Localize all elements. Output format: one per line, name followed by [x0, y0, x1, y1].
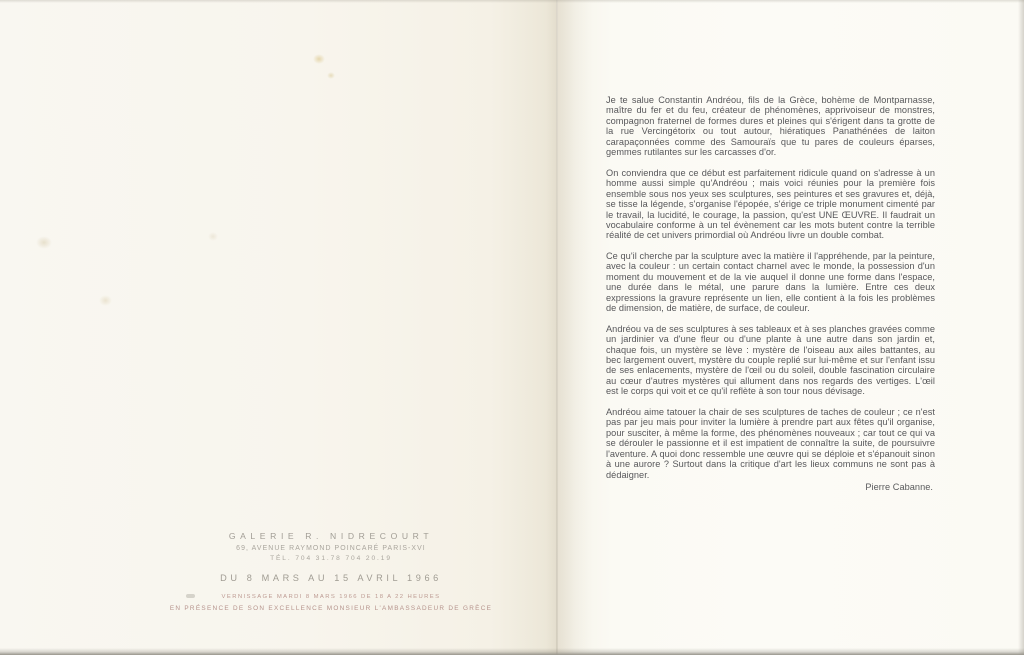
vernissage-info: VERNISSAGE MARDI 8 MARS 1966 DE 18 A 22 … — [155, 594, 507, 600]
scan-edge-bottom — [0, 648, 1024, 655]
catalog-spread: GALERIE R. NIDRECOURT 69, AVENUE RAYMOND… — [0, 0, 1024, 655]
gallery-address: 69, AVENUE RAYMOND POINCARÉ PARIS-XVI — [155, 545, 507, 552]
gutter-shadow — [558, 0, 592, 655]
page-fold — [556, 0, 558, 655]
essay-paragraph-4: Andréou va de ses sculptures à ses table… — [606, 324, 935, 397]
gallery-phone: TÉL. 704 31.78 704 20.19 — [155, 555, 507, 562]
essay-text-block: Je te salue Constantin Andréou, fils de … — [606, 95, 935, 492]
scan-edge-top — [0, 0, 1024, 3]
scan-edge-right — [1018, 0, 1024, 655]
gallery-colophon: GALERIE R. NIDRECOURT 69, AVENUE RAYMOND… — [155, 0, 507, 655]
essay-paragraph-1: Je te salue Constantin Andréou, fils de … — [606, 95, 935, 158]
essay-paragraph-5: Andréou aime tatouer la chair de ses scu… — [606, 407, 935, 480]
left-page: GALERIE R. NIDRECOURT 69, AVENUE RAYMOND… — [0, 0, 557, 655]
gallery-name: GALERIE R. NIDRECOURT — [155, 531, 507, 541]
paper-stain — [99, 295, 112, 306]
essay-paragraph-3: Ce qu'il cherche par la sculpture avec l… — [606, 251, 935, 314]
essay-paragraph-2: On conviendra que ce début est parfaitem… — [606, 168, 935, 241]
exhibition-dates: DU 8 MARS AU 15 AVRIL 1966 — [155, 573, 507, 583]
paper-stain — [36, 236, 52, 249]
ambassador-note: EN PRÉSENCE DE SON EXCELLENCE MONSIEUR L… — [155, 605, 507, 612]
essay-signature: Pierre Cabanne. — [606, 482, 935, 492]
